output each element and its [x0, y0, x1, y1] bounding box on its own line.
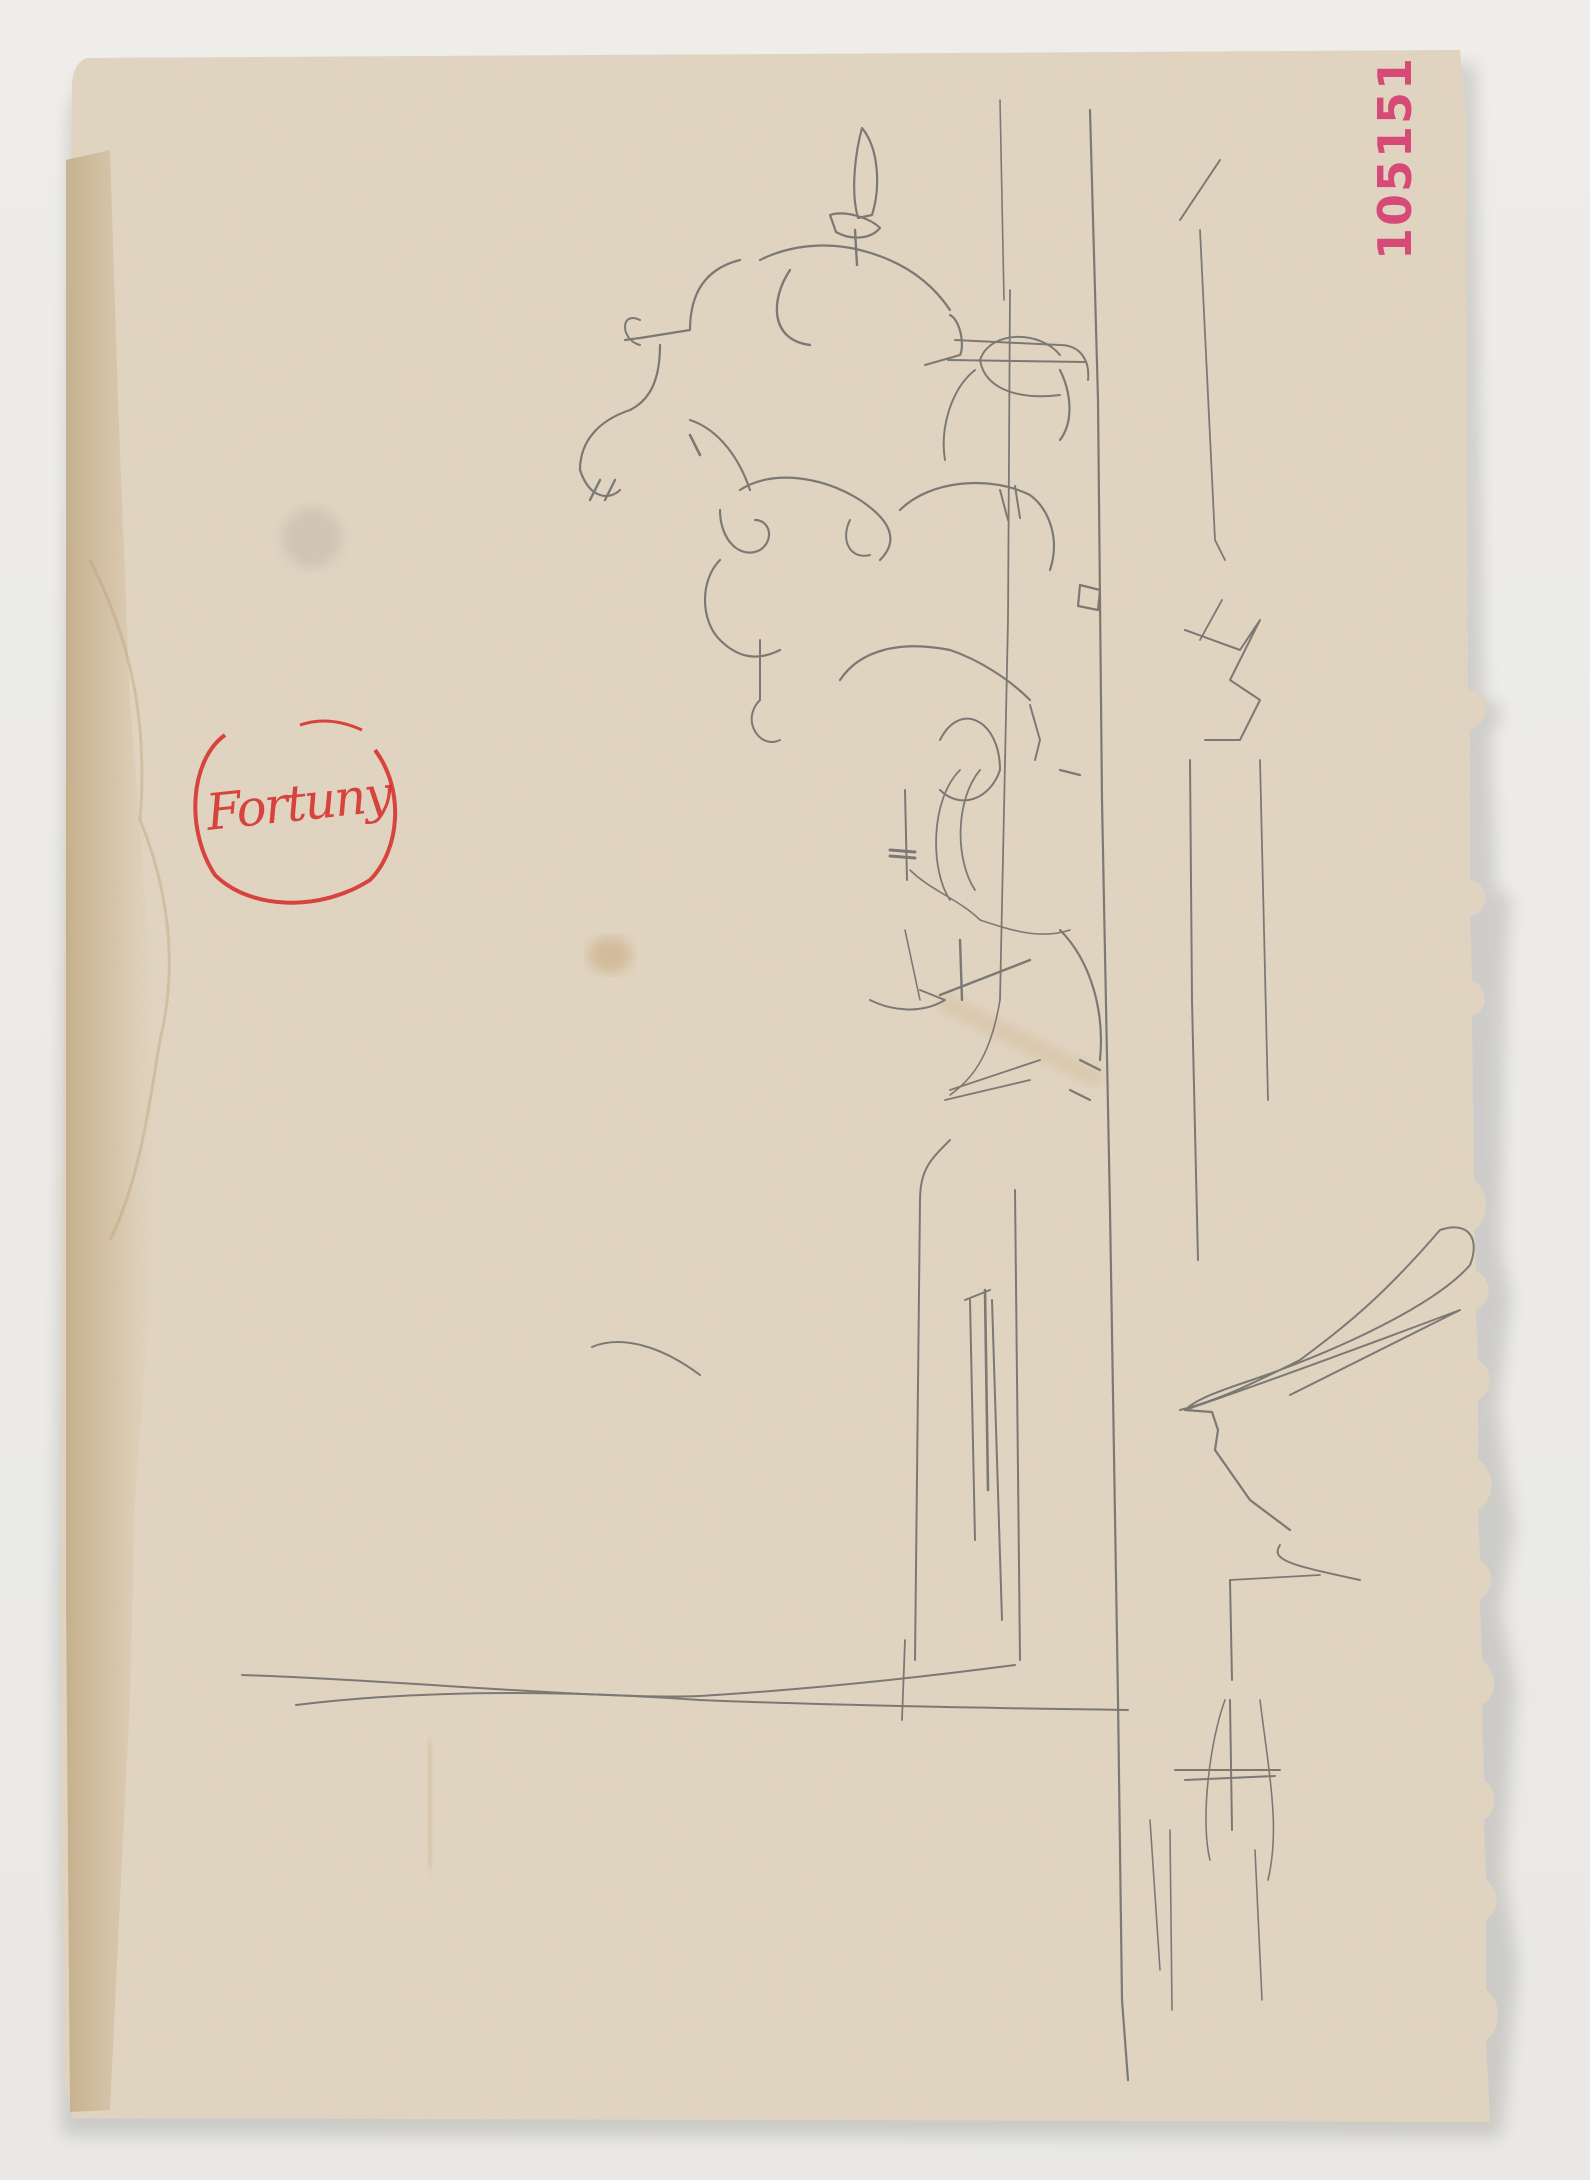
paper-body: [60, 50, 1498, 2122]
stamp-signature: Fortuny: [203, 764, 398, 842]
inventory-number: 105151: [1368, 60, 1428, 260]
paper-sheet: [0, 0, 1590, 2180]
scan-stage: Fortuny 105151 Pencil sketch of an ornat…: [0, 0, 1590, 2180]
collector-stamp: Fortuny: [192, 722, 402, 900]
